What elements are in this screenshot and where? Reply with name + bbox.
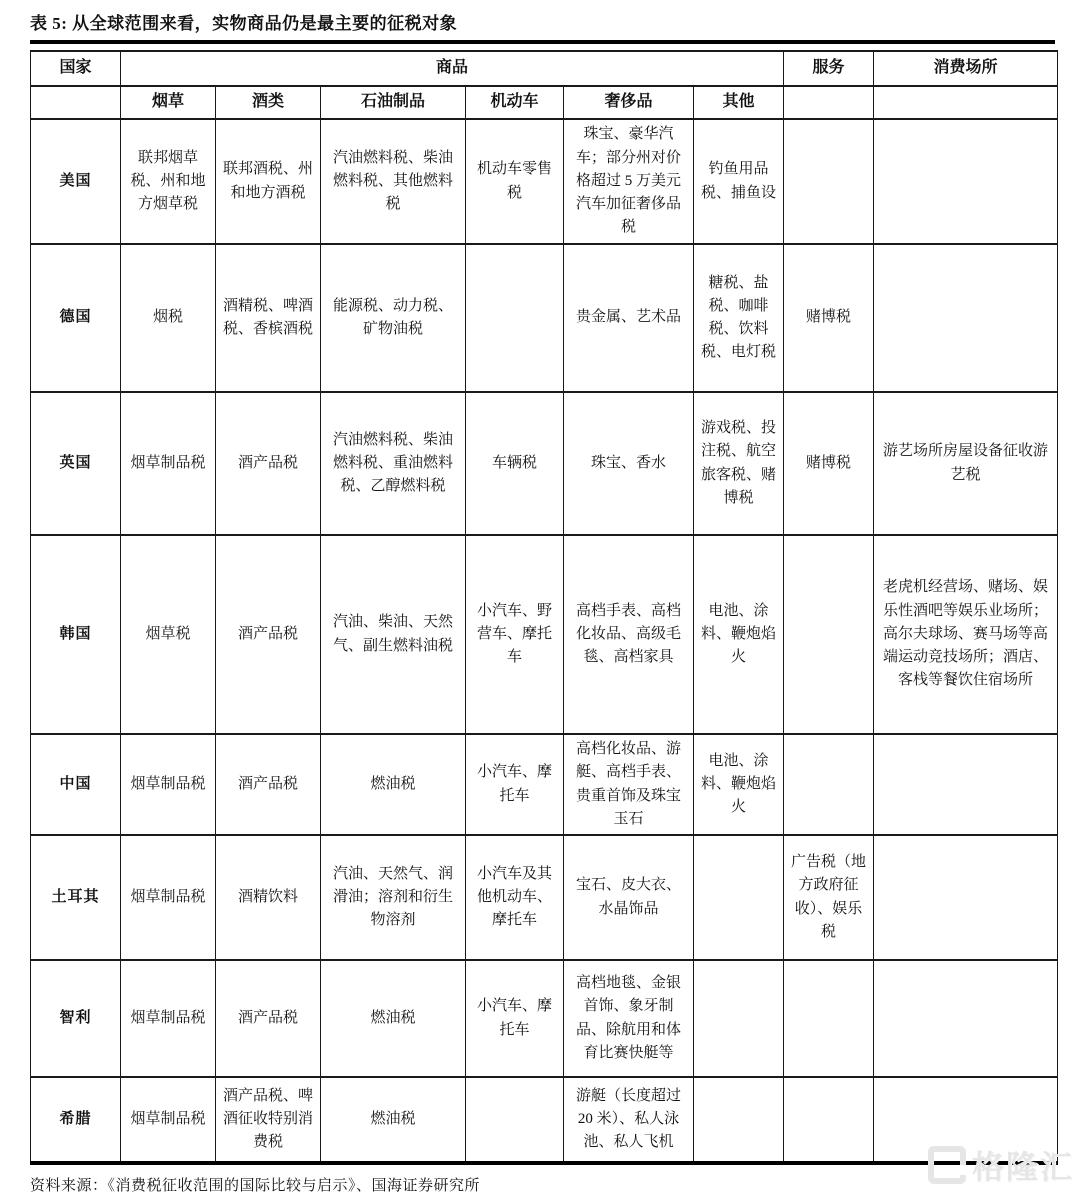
- cell-other: 电池、涂料、鞭炮焰火: [694, 734, 784, 835]
- cell-petroleum: 能源税、动力税、矿物油税: [321, 244, 466, 392]
- cell-petroleum: 汽油、柴油、天然气、副生燃料油税: [321, 535, 466, 734]
- cell-tobacco: 烟税: [121, 244, 216, 392]
- table-row-korea: 韩国 烟草税 酒产品税 汽油、柴油、天然气、副生燃料油税 小汽车、野营车、摩托车…: [31, 535, 1058, 734]
- col-header-country: 国家: [31, 51, 121, 86]
- country-name: 土耳其: [31, 835, 121, 960]
- gelonghui-watermark: 格隆汇: [928, 1142, 1074, 1188]
- cell-alcohol: 酒精饮料: [216, 835, 321, 960]
- cell-petroleum: 燃油税: [321, 1077, 466, 1163]
- col-header-other: 其他: [694, 86, 784, 119]
- cell-alcohol: 酒产品税: [216, 960, 321, 1077]
- cell-vehicle: 小汽车、摩托车: [466, 960, 564, 1077]
- cell-luxury: 珠宝、豪华汽车；部分州对价格超过 5 万美元汽车加征奢侈品税: [564, 119, 694, 244]
- cell-venue: [874, 244, 1058, 392]
- cell-luxury: 宝石、皮大衣、水晶饰品: [564, 835, 694, 960]
- table-row-usa: 美国 联邦烟草税、州和地方烟草税 联邦酒税、州和地方酒税 汽油燃料税、柴油燃料税…: [31, 119, 1058, 244]
- cell-other: 钓鱼用品税、捕鱼设: [694, 119, 784, 244]
- cell-tobacco: 烟草制品税: [121, 392, 216, 535]
- cell-service: [784, 119, 874, 244]
- cell-vehicle: 小汽车、野营车、摩托车: [466, 535, 564, 734]
- cell-vehicle: [466, 1077, 564, 1163]
- cell-vehicle: [466, 244, 564, 392]
- cell-luxury: 游艇（长度超过 20 米）、私人泳池、私人飞机: [564, 1077, 694, 1163]
- cell-vehicle: 车辆税: [466, 392, 564, 535]
- country-name: 智利: [31, 960, 121, 1077]
- cell-alcohol: 酒产品税、啤酒征收特别消费税: [216, 1077, 321, 1163]
- header-row-1: 国家 商品 服务 消费场所: [31, 51, 1058, 86]
- country-name: 中国: [31, 734, 121, 835]
- cell-vehicle: 机动车零售税: [466, 119, 564, 244]
- country-name: 韩国: [31, 535, 121, 734]
- cell-alcohol: 酒产品税: [216, 392, 321, 535]
- table-row-uk: 英国 烟草制品税 酒产品税 汽油燃料税、柴油燃料税、重油燃料税、乙醇燃料税 车辆…: [31, 392, 1058, 535]
- cell-service: [784, 734, 874, 835]
- col-header-tobacco: 烟草: [121, 86, 216, 119]
- cell-petroleum: 燃油税: [321, 960, 466, 1077]
- table-row-greece: 希腊 烟草制品税 酒产品税、啤酒征收特别消费税 燃油税 游艇（长度超过 20 米…: [31, 1077, 1058, 1163]
- table-row-chile: 智利 烟草制品税 酒产品税 燃油税 小汽车、摩托车 高档地毯、金银首饰、象牙制品…: [31, 960, 1058, 1077]
- col-header-service: 服务: [784, 51, 874, 86]
- cell-other: [694, 960, 784, 1077]
- header-row-2: 烟草 酒类 石油制品 机动车 奢侈品 其他: [31, 86, 1058, 119]
- cell-tobacco: 联邦烟草税、州和地方烟草税: [121, 119, 216, 244]
- cell-alcohol: 酒产品税: [216, 535, 321, 734]
- cell-alcohol: 酒产品税: [216, 734, 321, 835]
- cell-other: 电池、涂料、鞭炮焰火: [694, 535, 784, 734]
- cell-petroleum: 汽油燃料税、柴油燃料税、其他燃料税: [321, 119, 466, 244]
- report-table-page: 表 5: 从全球范围来看，实物商品仍是最主要的征税对象 国家 商品 服务 消费场…: [0, 0, 1080, 1192]
- country-name: 英国: [31, 392, 121, 535]
- cell-venue: [874, 119, 1058, 244]
- col-header-alcohol: 酒类: [216, 86, 321, 119]
- cell-vehicle: 小汽车、摩托车: [466, 734, 564, 835]
- cell-vehicle: 小汽车及其他机动车、摩托车: [466, 835, 564, 960]
- table-row-germany: 德国 烟税 酒精税、啤酒税、香槟酒税 能源税、动力税、矿物油税 贵金属、艺术品 …: [31, 244, 1058, 392]
- cell-venue: [874, 835, 1058, 960]
- cell-service: 赌博税: [784, 244, 874, 392]
- col-header-luxury: 奢侈品: [564, 86, 694, 119]
- cell-luxury: 高档地毯、金银首饰、象牙制品、除航用和体育比赛快艇等: [564, 960, 694, 1077]
- cell-alcohol: 酒精税、啤酒税、香槟酒税: [216, 244, 321, 392]
- empty-cell: [874, 86, 1058, 119]
- cell-tobacco: 烟草制品税: [121, 835, 216, 960]
- table-row-china: 中国 烟草制品税 酒产品税 燃油税 小汽车、摩托车 高档化妆品、游艇、高档手表、…: [31, 734, 1058, 835]
- empty-cell: [31, 86, 121, 119]
- cell-service: [784, 1077, 874, 1163]
- cell-service: 广告税（地方政府征收）、娱乐税: [784, 835, 874, 960]
- col-header-petroleum: 石油制品: [321, 86, 466, 119]
- cell-other: 游戏税、投注税、航空旅客税、赌博税: [694, 392, 784, 535]
- cell-venue: 老虎机经营场、赌场、娱乐性酒吧等娱乐业场所；高尔夫球场、赛马场等高端运动竞技场所…: [874, 535, 1058, 734]
- empty-cell: [784, 86, 874, 119]
- country-name: 美国: [31, 119, 121, 244]
- cell-petroleum: 汽油燃料税、柴油燃料税、重油燃料税、乙醇燃料税: [321, 392, 466, 535]
- cell-tobacco: 烟草制品税: [121, 1077, 216, 1163]
- table-row-turkey: 土耳其 烟草制品税 酒精饮料 汽油、天然气、润滑油；溶剂和衍生物溶剂 小汽车及其…: [31, 835, 1058, 960]
- gelonghui-logo-text: 格隆汇: [972, 1142, 1074, 1188]
- country-name: 希腊: [31, 1077, 121, 1163]
- cell-other: [694, 1077, 784, 1163]
- cell-petroleum: 燃油税: [321, 734, 466, 835]
- cell-luxury: 高档化妆品、游艇、高档手表、贵重首饰及珠宝玉石: [564, 734, 694, 835]
- cell-luxury: 贵金属、艺术品: [564, 244, 694, 392]
- title-rule: [30, 40, 1055, 44]
- cell-service: [784, 960, 874, 1077]
- col-header-vehicle: 机动车: [466, 86, 564, 119]
- cell-petroleum: 汽油、天然气、润滑油；溶剂和衍生物溶剂: [321, 835, 466, 960]
- cell-venue: [874, 734, 1058, 835]
- cell-tobacco: 烟草制品税: [121, 960, 216, 1077]
- cell-tobacco: 烟草税: [121, 535, 216, 734]
- cell-service: 赌博税: [784, 392, 874, 535]
- cell-other: [694, 835, 784, 960]
- tax-scope-table: 国家 商品 服务 消费场所 烟草 酒类 石油制品 机动车 奢侈品 其他 美国 联…: [30, 50, 1058, 1165]
- cell-other: 糖税、盐税、咖啡税、饮料税、电灯税: [694, 244, 784, 392]
- cell-alcohol: 联邦酒税、州和地方酒税: [216, 119, 321, 244]
- cell-service: [784, 535, 874, 734]
- cell-venue: 游艺场所房屋设备征收游艺税: [874, 392, 1058, 535]
- table-title: 表 5: 从全球范围来看，实物商品仍是最主要的征税对象: [30, 7, 1080, 40]
- cell-luxury: 高档手表、高档化妆品、高级毛毯、高档家具: [564, 535, 694, 734]
- col-header-venue: 消费场所: [874, 51, 1058, 86]
- country-name: 德国: [31, 244, 121, 392]
- cell-tobacco: 烟草制品税: [121, 734, 216, 835]
- col-header-goods: 商品: [121, 51, 784, 86]
- cell-venue: [874, 960, 1058, 1077]
- cell-luxury: 珠宝、香水: [564, 392, 694, 535]
- gelonghui-logo-icon: [928, 1146, 966, 1184]
